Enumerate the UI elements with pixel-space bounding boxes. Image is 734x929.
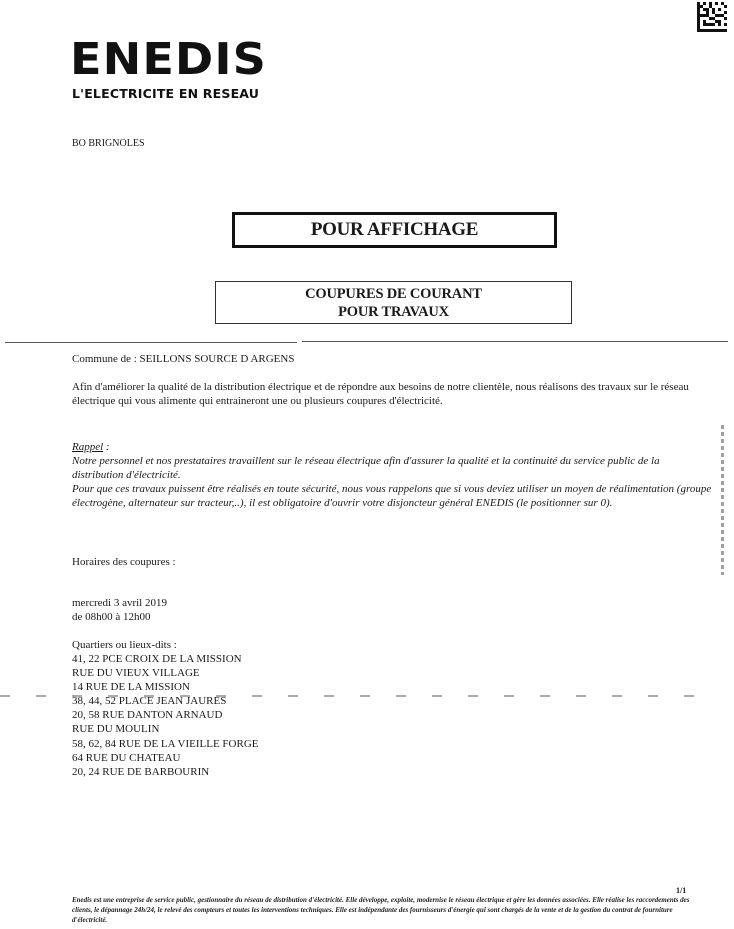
schedule-title: Horaires des coupures : bbox=[72, 555, 176, 569]
reminder-title: Rappel bbox=[72, 441, 103, 453]
divider-line bbox=[5, 342, 297, 343]
enedis-logo: ENEDIS bbox=[70, 38, 267, 82]
reminder-paragraph-1: Notre personnel et nos prestataires trav… bbox=[72, 454, 712, 482]
location-item: RUE DU MOULIN bbox=[72, 722, 258, 736]
outage-heading-line2: POUR TRAVAUX bbox=[338, 303, 449, 321]
reminder-section: Rappel : Notre personnel et nos prestata… bbox=[72, 440, 712, 510]
reminder-title-suffix: : bbox=[103, 441, 109, 453]
location-item: 38, 44, 52 PLACE JEAN JAURES bbox=[72, 694, 258, 708]
outage-heading-box: COUPURES DE COURANT POUR TRAVAUX bbox=[215, 281, 572, 324]
location-item: 41, 22 PCE CROIX DE LA MISSION bbox=[72, 652, 258, 666]
outage-hours: de 08h00 à 12h00 bbox=[72, 610, 151, 624]
commune-label: Commune de : SEILLONS SOURCE D ARGENS bbox=[72, 352, 294, 366]
location-item: 14 RUE DE LA MISSION bbox=[72, 680, 258, 694]
outage-heading-line1: COUPURES DE COURANT bbox=[305, 285, 482, 303]
scan-margin-mark bbox=[721, 425, 724, 575]
qr-code-icon bbox=[697, 2, 727, 32]
location-item: 64 RUE DU CHATEAU bbox=[72, 751, 258, 765]
reminder-paragraph-2: Pour que ces travaux puissent être réali… bbox=[72, 482, 712, 510]
locations-list: 41, 22 PCE CROIX DE LA MISSION RUE DU VI… bbox=[72, 652, 258, 779]
divider-line bbox=[302, 341, 728, 342]
location-item: 20, 24 RUE DE BARBOURIN bbox=[72, 765, 258, 779]
reminder-heading: Rappel : bbox=[72, 440, 712, 454]
location-item: 20, 58 RUE DANTON ARNAUD bbox=[72, 708, 258, 722]
footer-disclaimer: Enedis est une entreprise de service pub… bbox=[72, 895, 692, 925]
location-item: 58, 62, 84 RUE DE LA VIEILLE FORGE bbox=[72, 737, 258, 751]
locations-title: Quartiers ou lieux-dits : bbox=[72, 638, 177, 652]
notice-title: POUR AFFICHAGE bbox=[311, 219, 478, 241]
display-notice-box: POUR AFFICHAGE bbox=[232, 212, 557, 248]
location-item: RUE DU VIEUX VILLAGE bbox=[72, 666, 258, 680]
page-number: 1/1 bbox=[676, 886, 686, 895]
outage-date: mercredi 3 avril 2019 bbox=[72, 596, 167, 610]
intro-paragraph: Afin d'améliorer la qualité de la distri… bbox=[72, 380, 704, 408]
office-name: BO BRIGNOLES bbox=[72, 138, 145, 149]
logo-tagline: L'ELECTRICITE EN RESEAU bbox=[72, 86, 259, 101]
